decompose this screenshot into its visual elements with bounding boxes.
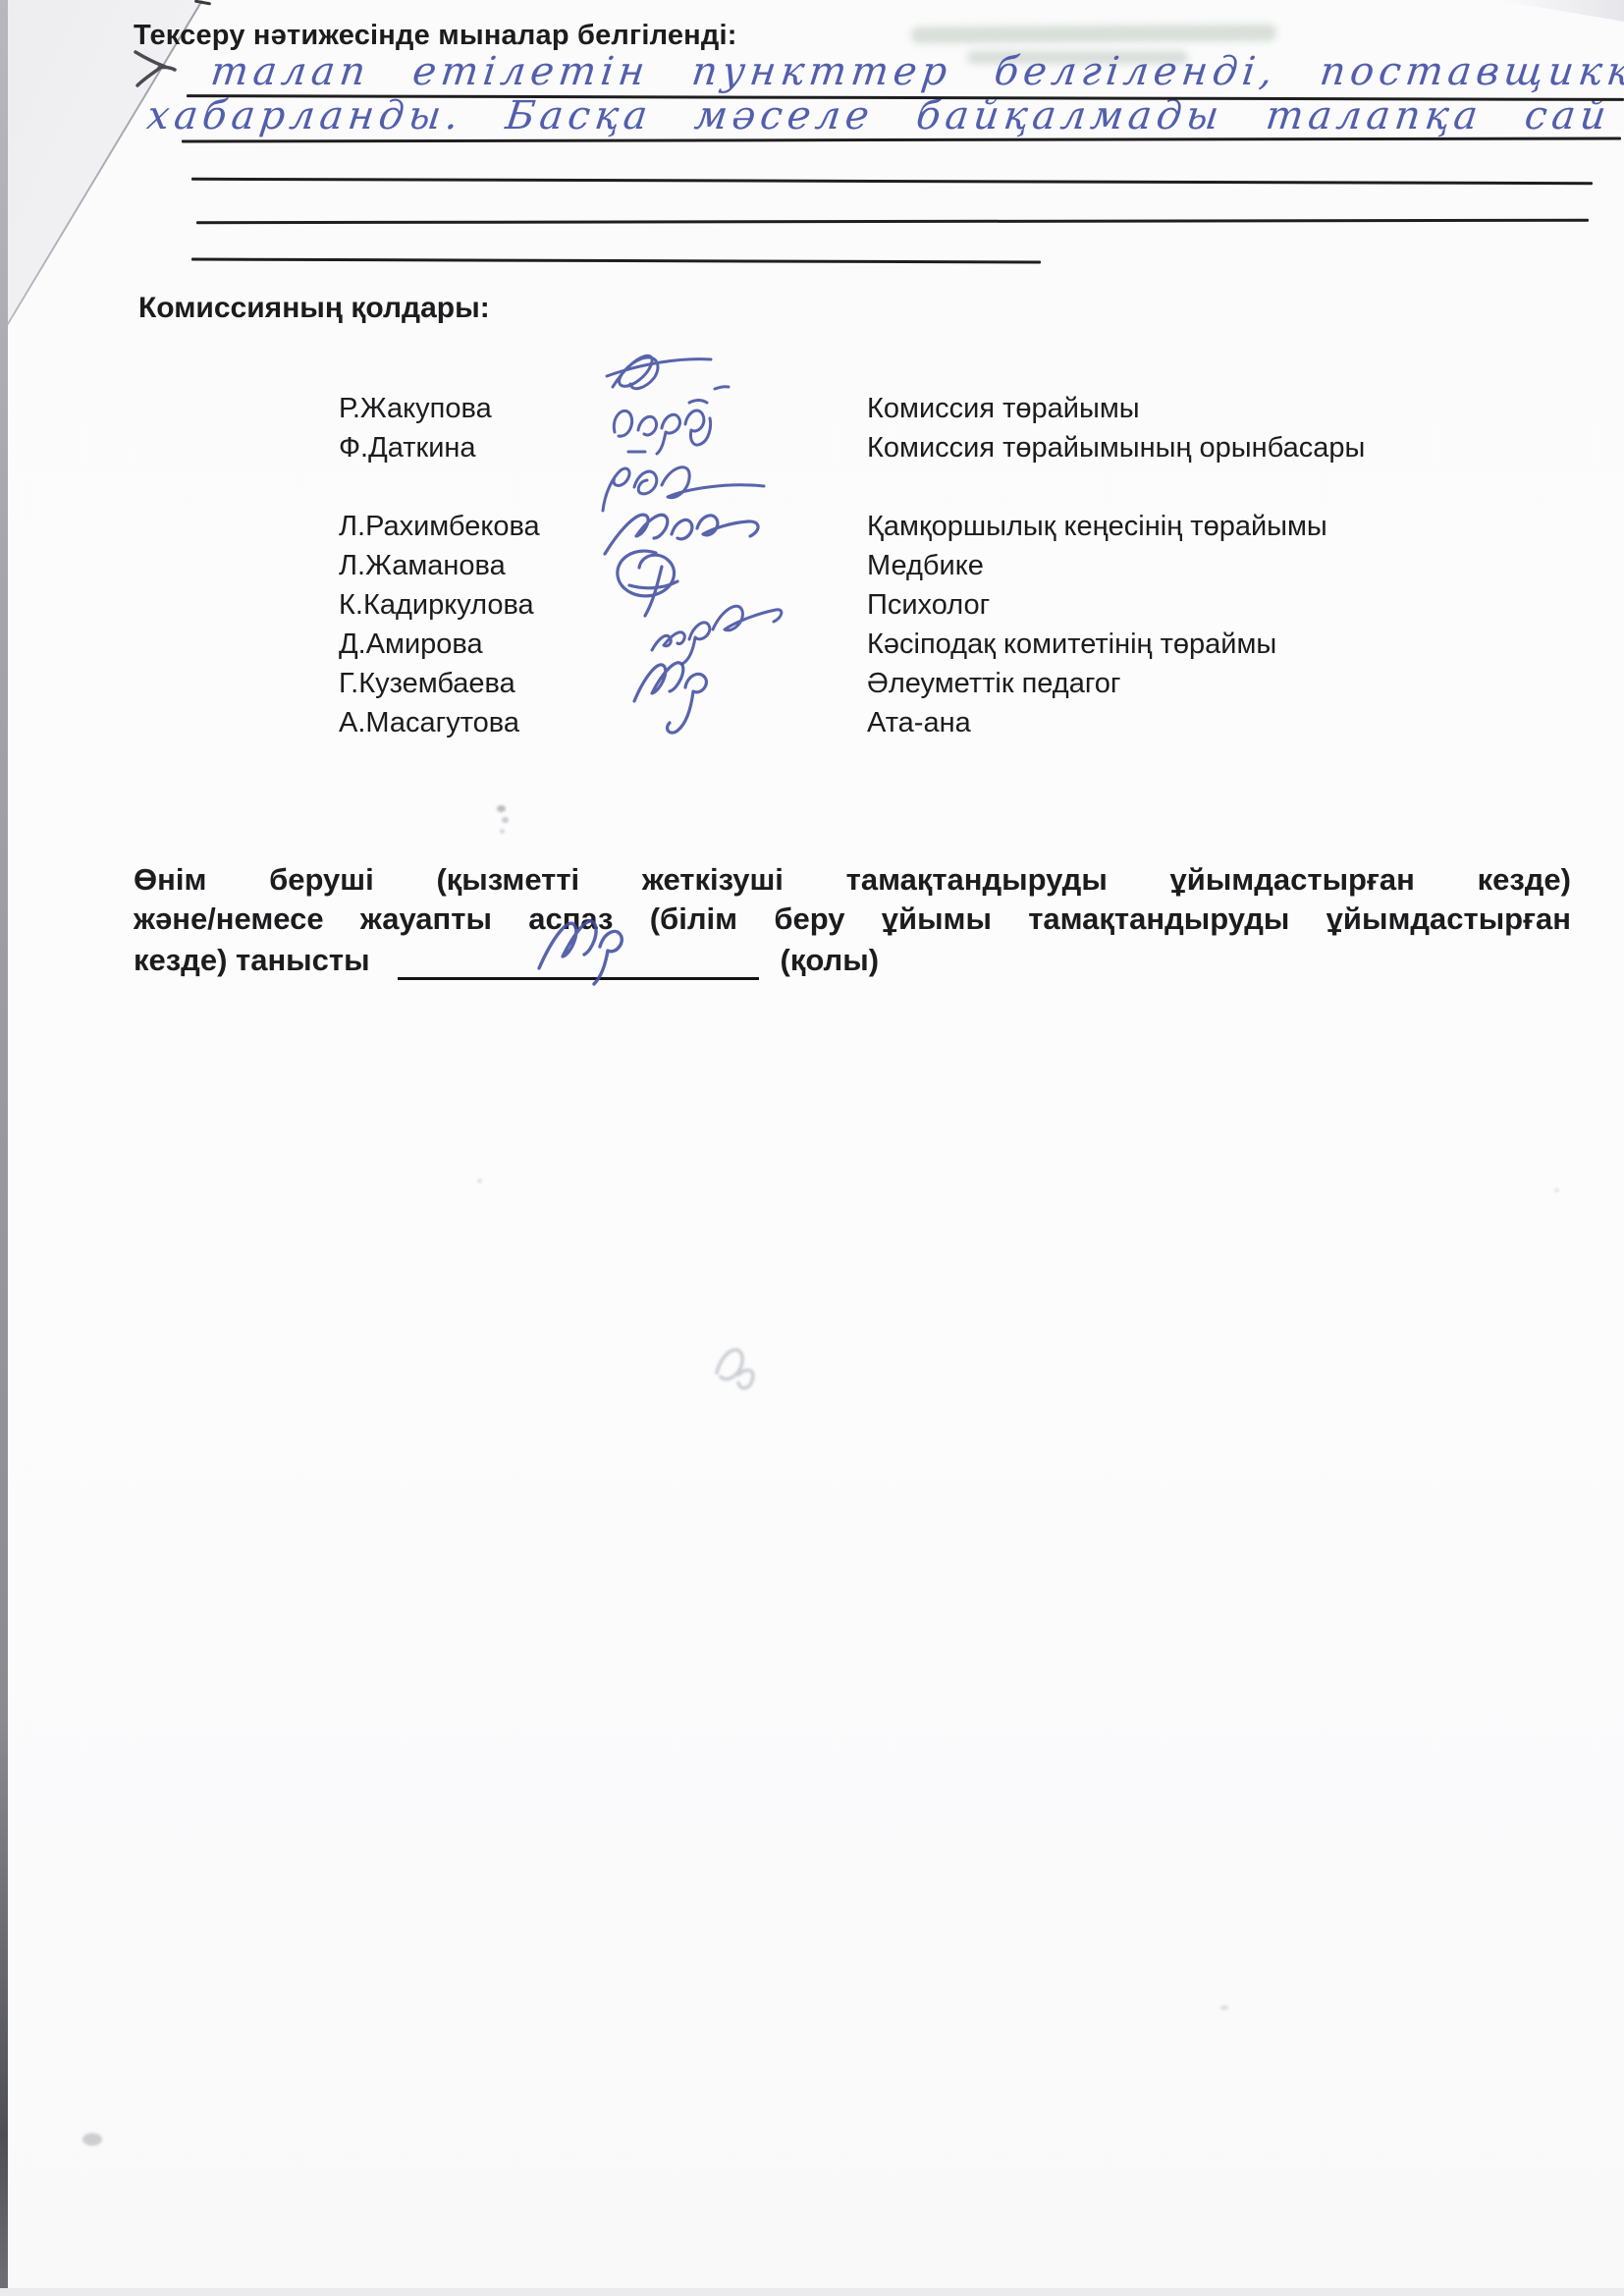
commission-row: Г.Кузембаева Әлеуметтік педагог: [0, 668, 1624, 707]
signature-ink: [603, 397, 742, 460]
scan-edge-top-right: [1496, 0, 1624, 22]
footer-line-1: Өнім беруші (қызметті жеткізуші тамақтан…: [134, 860, 1571, 900]
faint-stamp-smudge: [705, 1336, 764, 1404]
member-name: Д.Амирова: [339, 629, 483, 661]
member-role: Медбике: [867, 550, 984, 582]
signatures-heading: Комиссияның қолдары:: [138, 292, 490, 325]
ruled-line: [191, 257, 1041, 263]
ruled-line: [191, 178, 1593, 185]
qoly-label: (қолы): [781, 941, 880, 980]
member-role: Қамқоршылық кеңесінің төрайымы: [867, 511, 1327, 543]
signature-ink: [621, 646, 758, 740]
member-role: Әлеуметтік педагог: [867, 668, 1120, 700]
handwriting-line-1: талап етілетін пункттер белгіленді, пост…: [208, 49, 1624, 94]
ruled-line: [196, 219, 1589, 224]
footer-line-2: және/немесе жауапты аспаз (білім беру ұй…: [134, 900, 1571, 939]
member-name: К.Кадиркулова: [339, 589, 534, 622]
member-role: Комиссия төрайымының орынбасары: [867, 432, 1365, 465]
ink-bleedthrough: [911, 25, 1276, 44]
commission-row: Ф.Даткина Комиссия төрайымының орынбасар…: [0, 432, 1624, 471]
member-role: Ата-ана: [867, 707, 971, 739]
scan-smudge: [82, 2133, 102, 2146]
commission-row: К.Кадиркулова Психолог: [0, 589, 1624, 629]
scan-smudge: [500, 829, 505, 834]
commission-row: Л.Рахимбекова Қамқоршылық кеңесінің төра…: [0, 511, 1624, 550]
scan-edge-left: [0, 0, 8, 2296]
member-name: Ф.Даткина: [339, 432, 476, 465]
footer-paragraph: Өнім беруші (қызметті жеткізуші тамақтан…: [134, 860, 1571, 980]
scan-edge-bottom: [0, 2288, 1624, 2296]
document-header: Тексеру нәтижесінде мыналар белгіленді:: [134, 20, 737, 52]
commission-row: Л.Жаманова Медбике: [0, 550, 1624, 589]
scan-smudge: [502, 817, 509, 823]
member-name: А.Масагутова: [339, 707, 519, 739]
member-name: Л.Жаманова: [339, 550, 506, 582]
member-role: Психолог: [867, 589, 990, 622]
commission-row: Д.Амирова Кәсіподақ комитетінің төраймы: [0, 629, 1624, 668]
scan-smudge: [1554, 1188, 1559, 1192]
supplier-signature-ink: [525, 892, 718, 990]
member-name: Г.Кузембаева: [339, 668, 515, 700]
scan-smudge: [1220, 2005, 1228, 2010]
signature-ink: [601, 346, 731, 403]
member-name: Л.Рахимбекова: [339, 511, 540, 543]
scan-smudge: [477, 1178, 482, 1183]
member-role: Кәсіподақ комитетінің төраймы: [867, 629, 1276, 661]
commission-row: Р.Жакупова Комиссия төрайымы: [0, 393, 1624, 432]
member-name: Р.Жакупова: [339, 393, 492, 425]
footer-line-3-text: кезде) танысты: [134, 941, 370, 980]
scan-smudge: [497, 805, 506, 812]
member-role: Комиссия төрайымы: [867, 393, 1140, 425]
scanned-document-page: Тексеру нәтижесінде мыналар белгіленді: …: [0, 0, 1624, 2296]
commission-row: А.Масагутова Ата-ана: [0, 707, 1624, 746]
footer-line-3: кезде) танысты (қолы): [134, 941, 1571, 980]
